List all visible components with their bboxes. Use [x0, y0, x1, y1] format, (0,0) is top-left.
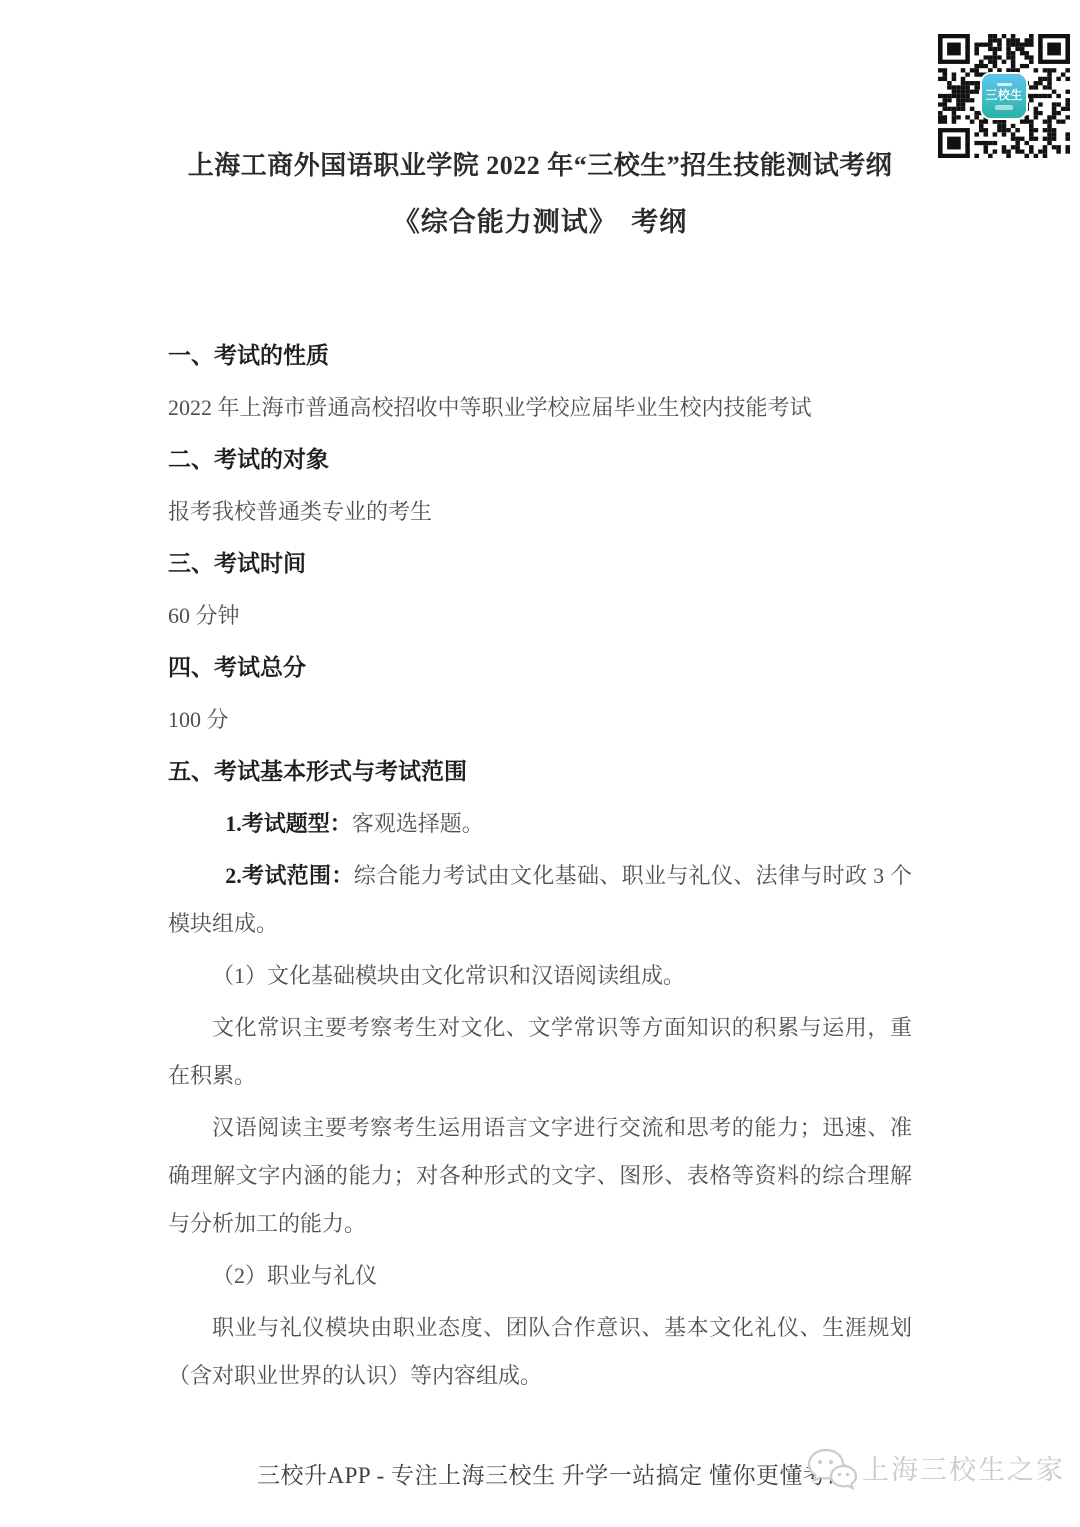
- paragraph: 60 分钟: [168, 592, 912, 640]
- paragraph: （1）文化基础模块由文化常识和汉语阅读组成。: [168, 952, 912, 1000]
- document-page: 三校生 上海工商外国语职业学院 2022 年“三校生”招生技能测试考纲 《综合能…: [0, 0, 1080, 1527]
- section-heading: 二、考试的对象: [168, 436, 912, 484]
- document-title-line1: 上海工商外国语职业学院 2022 年“三校生”招生技能测试考纲: [168, 148, 912, 184]
- paragraph: 2.考试范围：综合能力考试由文化基础、职业与礼仪、法律与时政 3 个模块组成。: [168, 852, 912, 948]
- watermark: 上海三校生之家: [806, 1446, 1065, 1494]
- section-heading: 四、考试总分: [168, 644, 912, 692]
- document-content: 上海工商外国语职业学院 2022 年“三校生”招生技能测试考纲 《综合能力测试》…: [168, 0, 912, 1404]
- document-title-line2: 《综合能力测试》 考纲: [168, 204, 912, 240]
- paragraph-lead: 1.考试题型：: [225, 811, 352, 836]
- paragraph: 100 分: [168, 696, 912, 744]
- paragraph: 汉语阅读主要考察考生运用语言文字进行交流和思考的能力；迅速、准确理解文字内涵的能…: [168, 1104, 912, 1248]
- footer-promo-text: 三校升APP - 专注上海三校生 升学一站搞定 懂你更懂考试: [257, 1460, 850, 1492]
- document-body: 一、考试的性质2022 年上海市普通高校招收中等职业学校应届毕业生校内技能考试二…: [168, 332, 912, 1400]
- paragraph: （2）职业与礼仪: [168, 1252, 912, 1300]
- paragraph: 2022 年上海市普通高校招收中等职业学校应届毕业生校内技能考试: [168, 384, 912, 432]
- section-heading: 一、考试的性质: [168, 332, 912, 380]
- qr-logo-mini-text: [997, 83, 1012, 86]
- qr-code: 三校生: [938, 34, 1070, 158]
- qr-logo-mini-badge: [995, 105, 1013, 110]
- section-heading: 三、考试时间: [168, 540, 912, 588]
- paragraph-lead: 2.考试范围：: [225, 863, 354, 888]
- watermark-text: 上海三校生之家: [862, 1446, 1065, 1494]
- paragraph: 报考我校普通类专业的考生: [168, 488, 912, 536]
- paragraph: 职业与礼仪模块由职业态度、团队合作意识、基本文化礼仪、生涯规划（含对职业世界的认…: [168, 1304, 912, 1400]
- section-heading: 五、考试基本形式与考试范围: [168, 748, 912, 796]
- paragraph: 1.考试题型：客观选择题。: [168, 800, 912, 848]
- paragraph: 文化常识主要考察考生对文化、文学常识等方面知识的积累与运用，重在积累。: [168, 1004, 912, 1100]
- wechat-icon: [806, 1446, 858, 1494]
- qr-center-logo: 三校生: [982, 74, 1026, 118]
- qr-logo-label: 三校生: [985, 89, 1023, 101]
